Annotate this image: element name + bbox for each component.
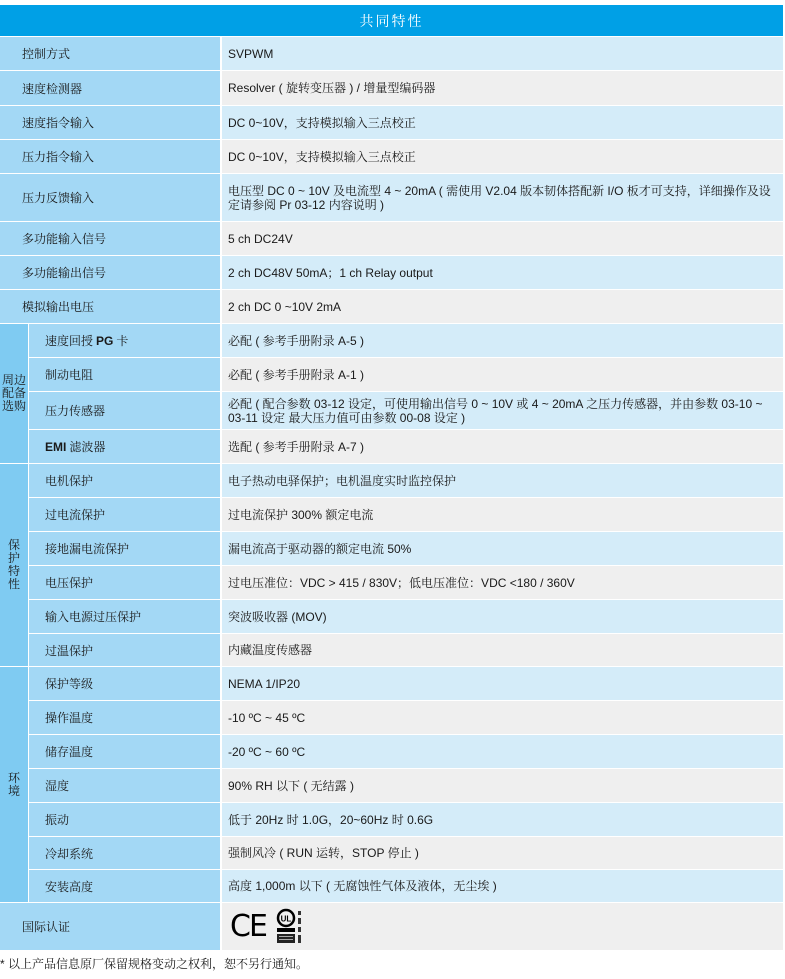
table-row: 保护等级 NEMA 1/IP20	[0, 667, 783, 700]
table-row: 速度检测器 Resolver ( 旋转变压器 ) / 增量型编码器	[0, 71, 783, 105]
table-row: 过电流保护 过电流保护 300% 额定电流	[0, 498, 783, 531]
row-label: 过温保护	[29, 634, 220, 666]
row-label: 过电流保护	[29, 498, 220, 531]
row-value: 2 ch DC48V 50mA；1 ch Relay output	[222, 256, 783, 289]
row-label: 电压保护	[29, 566, 220, 599]
table-row-certification: 国际认证 CE UL	[0, 903, 783, 950]
row-label: 湿度	[29, 769, 220, 802]
row-value: 漏电流高于驱动器的额定电流 50%	[222, 532, 783, 565]
row-label: 安装高度	[29, 870, 220, 902]
row-label: 速度指令输入	[0, 106, 220, 139]
svg-text:UL: UL	[281, 914, 292, 923]
table-header: 共同特性	[0, 5, 783, 36]
table-row: 多功能输入信号 5 ch DC24V	[0, 222, 783, 255]
row-value: 强制风冷 ( RUN 运转，STOP 停止 )	[222, 837, 783, 869]
row-value: 5 ch DC24V	[222, 222, 783, 255]
table-row: 多功能输出信号 2 ch DC48V 50mA；1 ch Relay outpu…	[0, 256, 783, 289]
row-label: 接地漏电流保护	[29, 532, 220, 565]
row-label: 冷却系统	[29, 837, 220, 869]
row-value: 2 ch DC 0 ~10V 2mA	[222, 290, 783, 323]
row-value: 突波吸收器 (MOV)	[222, 600, 783, 633]
row-label: 储存温度	[29, 735, 220, 768]
row-label: 电机保护	[29, 464, 220, 497]
table-row: 控制方式 SVPWM	[0, 37, 783, 70]
ul-listed-icon: UL	[274, 908, 304, 946]
row-label: 国际认证	[0, 903, 220, 950]
table-row: 储存温度 -20 ºC ~ 60 ºC	[0, 735, 783, 768]
table-row: 操作温度 -10 ºC ~ 45 ºC	[0, 701, 783, 734]
row-value: 过电流保护 300% 额定电流	[222, 498, 783, 531]
row-value: DC 0~10V，支持模拟输入三点校正	[222, 140, 783, 173]
table-row: 压力传感器 必配 ( 配合参数 03-12 设定，可使用输出信号 0 ~ 10V…	[0, 392, 783, 429]
row-label: EMI 滤波器	[29, 430, 220, 463]
table-row: 压力反馈输入 电压型 DC 0 ~ 10V 及电流型 4 ~ 20mA ( 需使…	[0, 174, 783, 221]
row-label: 模拟输出电压	[0, 290, 220, 323]
table-row: 速度指令输入 DC 0~10V，支持模拟输入三点校正	[0, 106, 783, 139]
table-row: 冷却系统 强制风冷 ( RUN 运转，STOP 停止 )	[0, 837, 783, 869]
row-label: 输入电源过压保护	[29, 600, 220, 633]
row-label: 速度回授 PG 卡	[29, 324, 220, 357]
row-value: DC 0~10V，支持模拟输入三点校正	[222, 106, 783, 139]
row-label: 多功能输入信号	[0, 222, 220, 255]
row-value: -20 ºC ~ 60 ºC	[222, 735, 783, 768]
table-row: 振动 低于 20Hz 时 1.0G，20~60Hz 时 0.6G	[0, 803, 783, 836]
table-row: 速度回授 PG 卡 必配 ( 参考手册附录 A-5 )	[0, 324, 783, 357]
footnote: * 以上产品信息原厂保留规格变动之权利，恕不另行通知。	[0, 955, 308, 972]
row-value: 低于 20Hz 时 1.0G，20~60Hz 时 0.6G	[222, 803, 783, 836]
table-row: 安装高度 高度 1,000m 以下 ( 无腐蚀性气体及液体，无尘埃 )	[0, 870, 783, 902]
row-label: 压力指令输入	[0, 140, 220, 173]
label-text-bold: EMI	[45, 440, 66, 454]
row-label: 振动	[29, 803, 220, 836]
row-label: 制动电阻	[29, 358, 220, 391]
row-value: 内藏温度传感器	[222, 634, 783, 666]
row-value: Resolver ( 旋转变压器 ) / 增量型编码器	[222, 71, 783, 105]
label-text-bold: PG	[96, 334, 113, 348]
row-label: 多功能输出信号	[0, 256, 220, 289]
row-value: 选配 ( 参考手册附录 A-7 )	[222, 430, 783, 463]
table-row: 压力指令输入 DC 0~10V，支持模拟输入三点校正	[0, 140, 783, 173]
table-row: 湿度 90% RH 以下 ( 无结露 )	[0, 769, 783, 802]
row-value: 必配 ( 配合参数 03-12 设定，可使用输出信号 0 ~ 10V 或 4 ~…	[222, 392, 783, 429]
row-value: 电子热动电驿保护；电机温度实时监控保护	[222, 464, 783, 497]
row-label: 速度检测器	[0, 71, 220, 105]
label-text: 滤波器	[69, 438, 105, 455]
row-label: 保护等级	[29, 667, 220, 700]
row-label: 压力传感器	[29, 392, 220, 429]
row-label: 压力反馈输入	[0, 174, 220, 221]
row-label: 控制方式	[0, 37, 220, 70]
label-text: 卡	[116, 332, 128, 349]
row-value: NEMA 1/IP20	[222, 667, 783, 700]
row-value: -10 ºC ~ 45 ºC	[222, 701, 783, 734]
row-value: 90% RH 以下 ( 无结露 )	[222, 769, 783, 802]
row-label: 操作温度	[29, 701, 220, 734]
row-value: 高度 1,000m 以下 ( 无腐蚀性气体及液体，无尘埃 )	[222, 870, 783, 902]
table-row: 接地漏电流保护 漏电流高于驱动器的额定电流 50%	[0, 532, 783, 565]
row-value: 必配 ( 参考手册附录 A-1 )	[222, 358, 783, 391]
row-value: SVPWM	[222, 37, 783, 70]
ce-mark-icon: CE	[230, 912, 266, 942]
label-text: 速度回授	[45, 332, 93, 349]
row-value: CE UL	[222, 903, 783, 950]
table-title: 共同特性	[360, 11, 424, 31]
table-row: 输入电源过压保护 突波吸收器 (MOV)	[0, 600, 783, 633]
table-row: 制动电阻 必配 ( 参考手册附录 A-1 )	[0, 358, 783, 391]
row-value: 必配 ( 参考手册附录 A-5 )	[222, 324, 783, 357]
table-row: EMI 滤波器 选配 ( 参考手册附录 A-7 )	[0, 430, 783, 463]
table-row: 电压保护 过电压准位：VDC > 415 / 830V；低电压准位：VDC <1…	[0, 566, 783, 599]
table-row: 过温保护 内藏温度传感器	[0, 634, 783, 666]
table-row: 电机保护 电子热动电驿保护；电机温度实时监控保护	[0, 464, 783, 497]
row-value: 电压型 DC 0 ~ 10V 及电流型 4 ~ 20mA ( 需使用 V2.04…	[222, 174, 783, 221]
row-value: 过电压准位：VDC > 415 / 830V；低电压准位：VDC <180 / …	[222, 566, 783, 599]
table-row: 模拟输出电压 2 ch DC 0 ~10V 2mA	[0, 290, 783, 323]
